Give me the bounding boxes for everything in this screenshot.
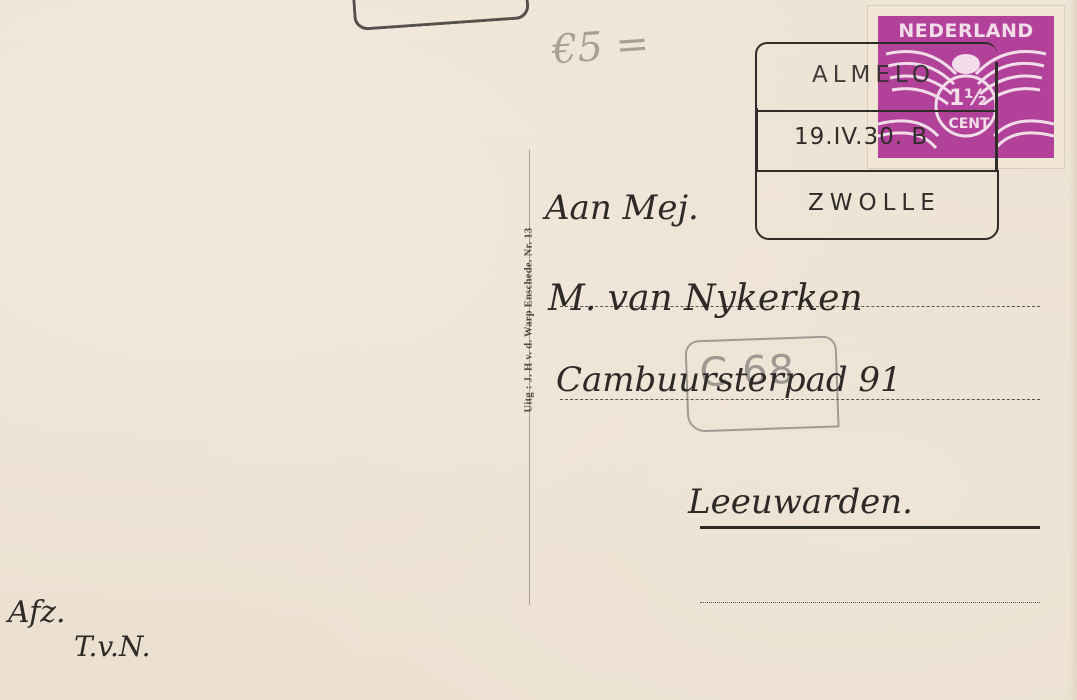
- postmark-frame-left: [755, 108, 758, 170]
- postcard-back: €5 = Uitg : J. H v. d. Warp Enschede. Nr…: [0, 0, 1077, 700]
- postmark-date: 19.IV.30. B: [794, 124, 928, 150]
- sender-initials: T.v.N.: [8, 630, 150, 664]
- postmark-origin: ALMELO: [812, 62, 935, 88]
- publisher-imprint: Uitg : J. H v. d. Warp Enschede. Nr. 13: [524, 228, 535, 413]
- address-street: Cambuursterpad 91: [556, 360, 902, 400]
- sender-note: Afz. T.v.N.: [8, 596, 150, 664]
- pencil-price-note: €5 =: [551, 21, 651, 74]
- paper-edge: [1069, 0, 1077, 700]
- stamp-country: NEDERLAND: [878, 20, 1054, 42]
- address-city: Leeuwarden.: [688, 482, 913, 522]
- sender-label: Afz.: [8, 595, 66, 630]
- postmark-frame-right: [995, 62, 998, 172]
- address-salutation: Aan Mej.: [545, 188, 699, 228]
- postmark-destination: ZWOLLE: [808, 190, 941, 216]
- address-recipient: M. van Nykerken: [548, 278, 863, 319]
- address-line-3-underline: [700, 526, 1040, 529]
- partial-cancel-mark: [350, 0, 530, 31]
- address-line-4: [700, 602, 1040, 603]
- railway-postmark: ALMELO 19.IV.30. B ZWOLLE: [750, 42, 1005, 244]
